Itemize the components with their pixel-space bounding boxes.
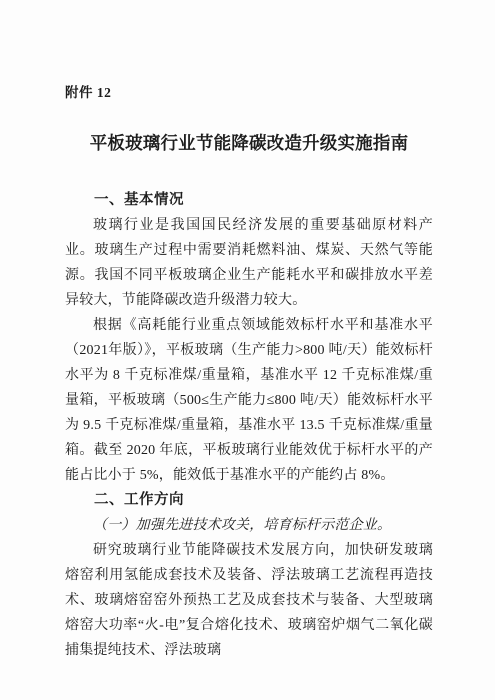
attachment-label: 附件 12	[65, 85, 433, 101]
paragraph-industry-overview: 玻璃行业是我国国民经济发展的重要基础原材料产业。玻璃生产过程中需要消耗燃料油、煤…	[65, 213, 433, 313]
subsection-heading-technology: （一）加强先进技术攻关，培育标杆示范企业。	[65, 513, 433, 538]
document-page: 附件 12 平板玻璃行业节能降碳改造升级实施指南 一、基本情况 玻璃行业是我国国…	[0, 0, 495, 700]
section-heading-basic-situation: 一、基本情况	[65, 188, 433, 213]
paragraph-technology-research: 研究玻璃行业节能降碳技术发展方向，加快研发玻璃熔窑利用氢能成套技术及装备、浮法玻…	[65, 538, 433, 663]
document-body: 一、基本情况 玻璃行业是我国国民经济发展的重要基础原材料产业。玻璃生产过程中需要…	[65, 188, 433, 663]
paragraph-energy-benchmark: 根据《高耗能行业重点领域能效标杆水平和基准水平（2021年版）》，平板玻璃（生产…	[65, 313, 433, 488]
section-heading-work-direction: 二、工作方向	[65, 488, 433, 513]
document-title: 平板玻璃行业节能降碳改造升级实施指南	[65, 131, 433, 155]
